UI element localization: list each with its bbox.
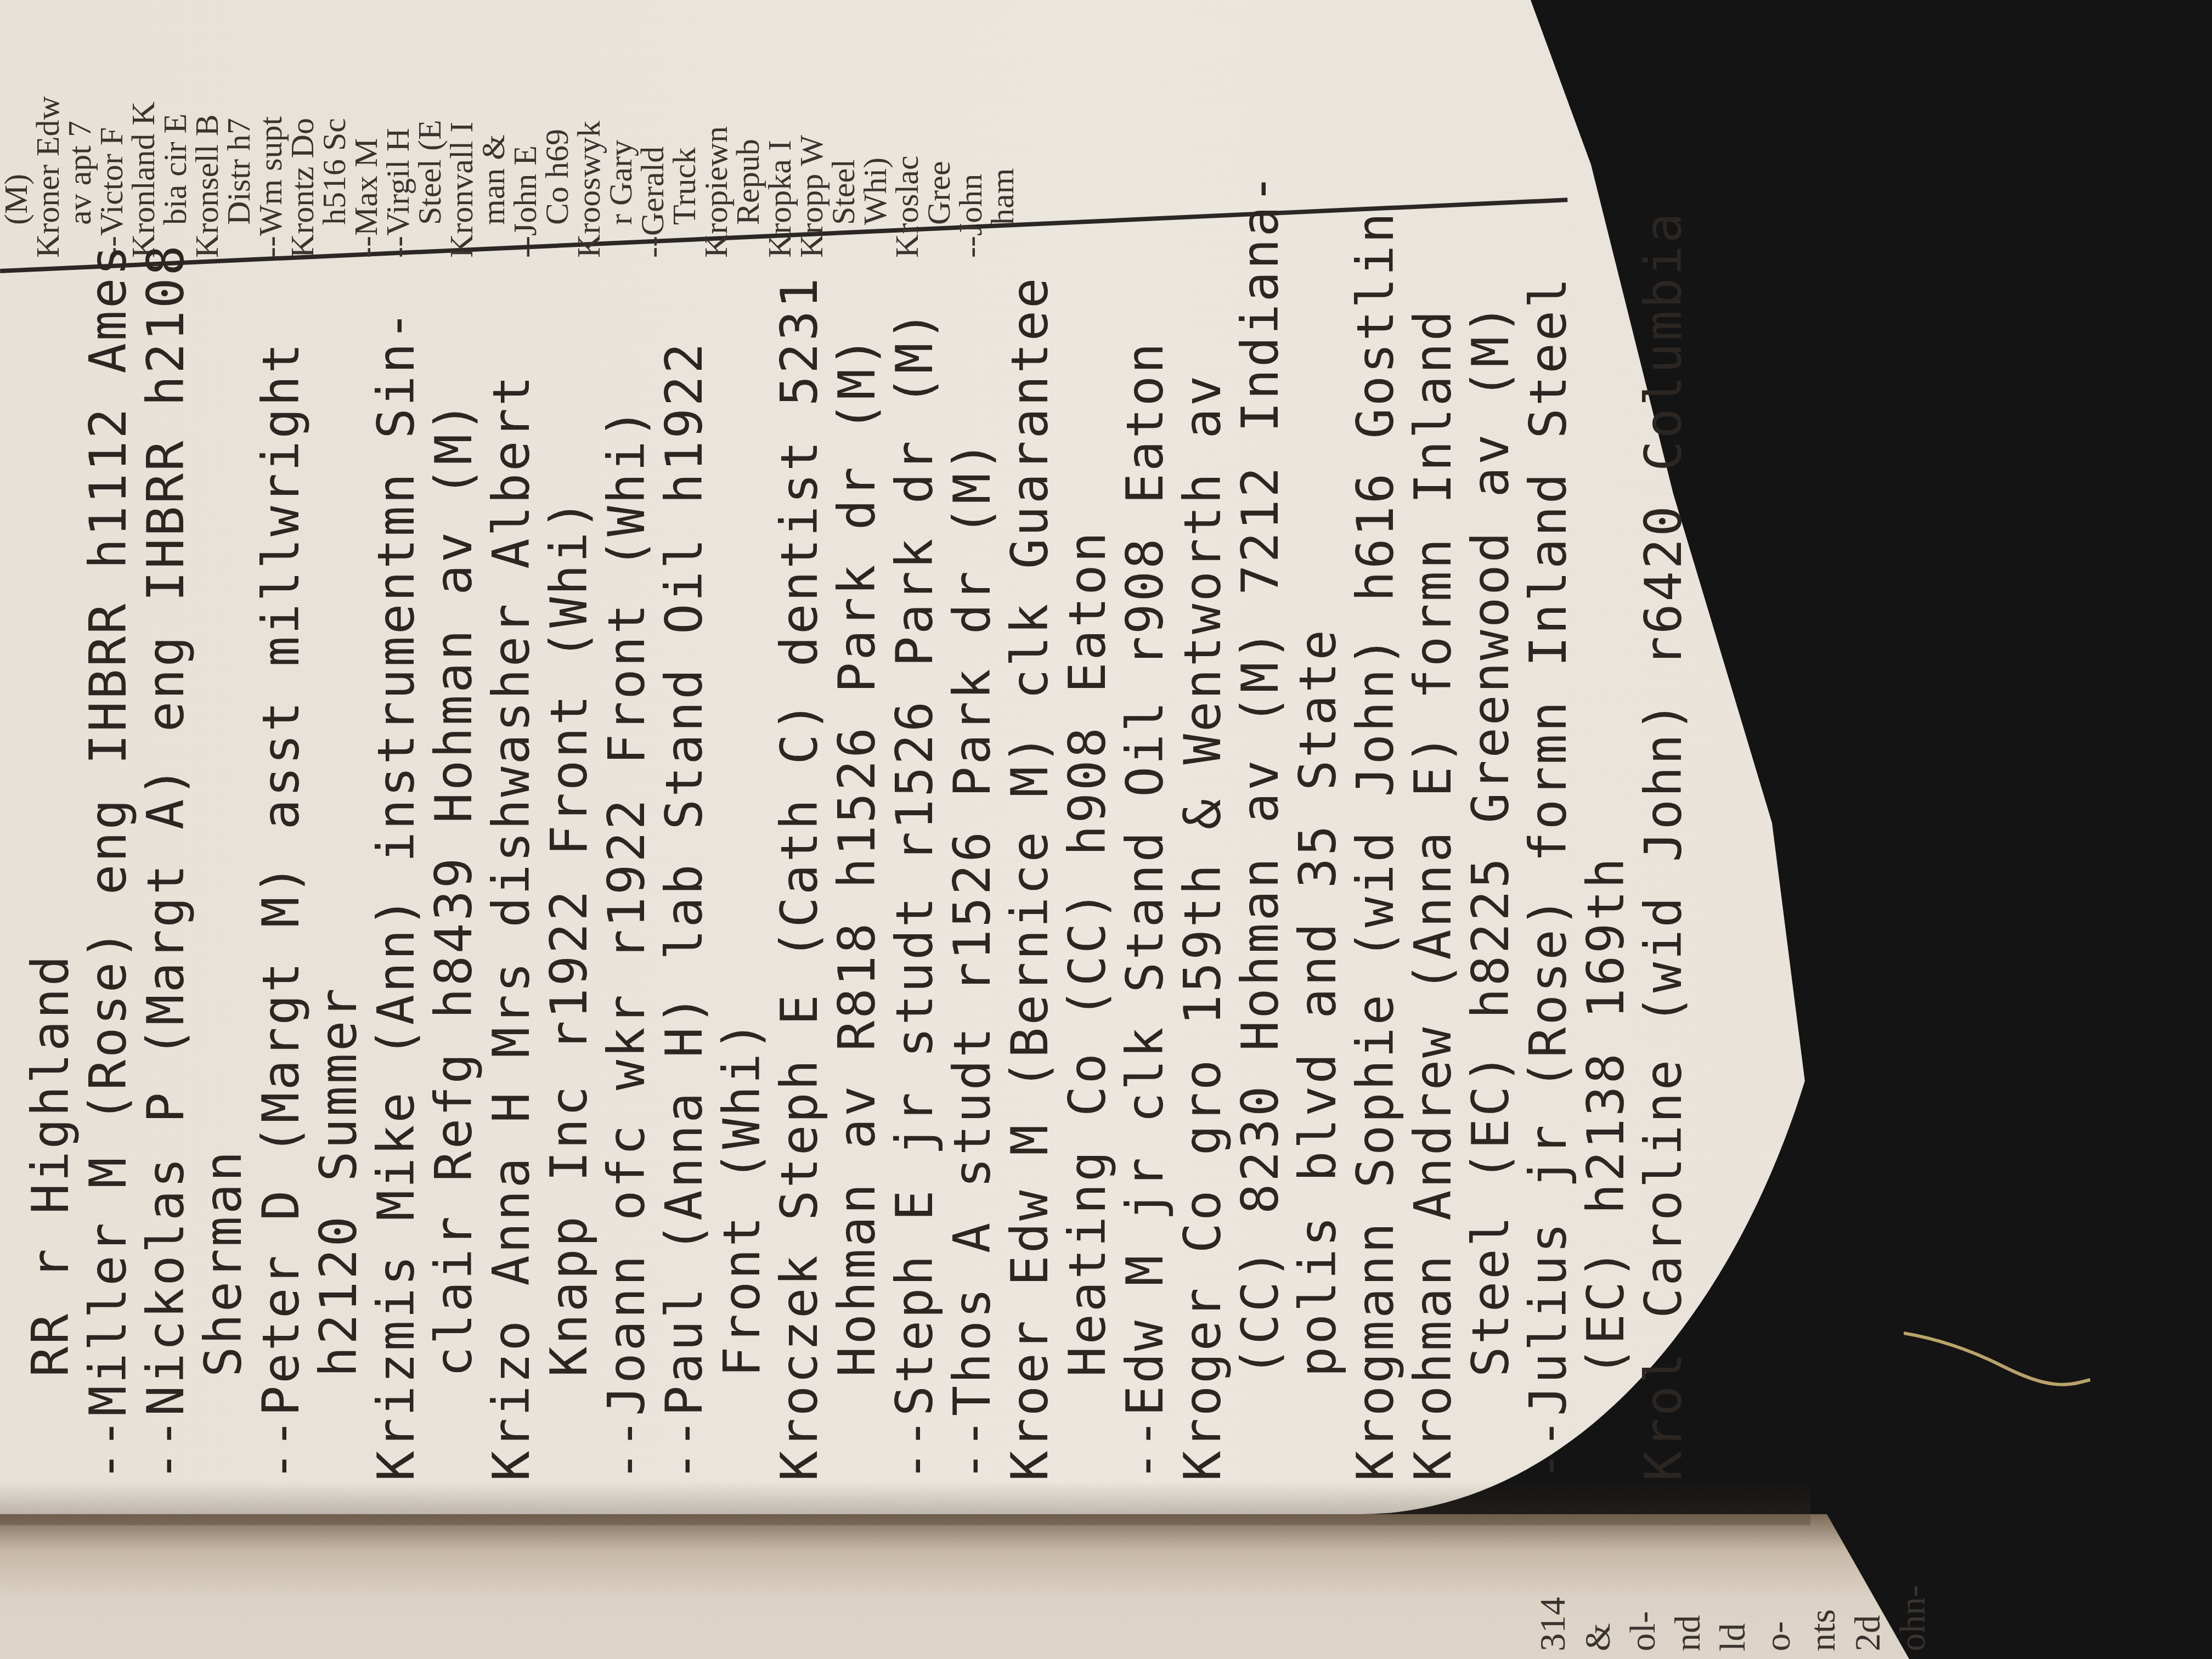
directory-entry-line: --Julius jr (Rose) formn Inland Steel [1520, 176, 1577, 1481]
directory-entry-line: Krizo Anna H Mrs dishwasher Albert [483, 176, 540, 1481]
directory-entry-line: h2120 Summer [310, 176, 368, 1481]
directory-entry-line: Krol Caroline (wid John) r6420 Columbia [1635, 176, 1692, 1481]
directory-entry-line: --Edw M jr clk Stand Oil r908 Eaton [1116, 176, 1174, 1481]
loose-thread-icon [1904, 1328, 2101, 1404]
facing-page-fragment: o- [1756, 1509, 1801, 1651]
directory-entry-line: polis blvd and 35 State [1289, 176, 1347, 1481]
facing-page-fragment: & [1576, 1509, 1621, 1651]
facing-page-fragment: ld [1711, 1509, 1756, 1651]
directory-entry-line: --Nickolas P (Margt A) eng IHBRR h2108 [137, 176, 195, 1481]
directory-entry-line: Kroer Edw M (Bernice M) clk Guarantee [1001, 176, 1059, 1481]
directory-entry-line: RR r Highland [22, 176, 80, 1481]
facing-page-fragments: 314&ol-ndldo-nts2dohn- [1531, 1509, 1936, 1651]
directory-entry-line: --Peter D (Margt M) asst millwright [252, 176, 310, 1481]
main-column: RR r Highland--Miller M (Rose) eng IHBRR… [22, 176, 1692, 1481]
directory-entry-line: --Paul (Anna H) lab Stand Oil h1922 [656, 176, 713, 1481]
directory-entry-line: Krohman Andrew (Anna E) formn Inland [1404, 176, 1462, 1481]
directory-entry-line: Hohman av R818 h1526 Park dr (M) [828, 176, 886, 1481]
directory-entry-line: Knapp Inc r1922 Front (Whi) [540, 176, 598, 1481]
directory-entry-line: Steel (EC) h8225 Greenwood av (M) [1462, 176, 1520, 1481]
directory-entry-line: Sherman [195, 176, 252, 1481]
directory-entry-line: --Thos A studt r1526 Park dr (M) [944, 176, 1001, 1481]
directory-entry-line: Krogmann Sophie (wid John) h616 Gostlin [1347, 176, 1404, 1481]
directory-entry-line: Krizmis Mike (Ann) instrumentmn Sin- [368, 176, 425, 1481]
facing-page-fragment: ol- [1621, 1509, 1666, 1651]
directory-entry-line: Kroczek Steph E (Cath C) dentist 5231 [771, 176, 828, 1481]
directory-entry-line: Kroger Co gro 159th & Wentworth av [1174, 176, 1232, 1481]
facing-page-fragment: 314 [1531, 1509, 1576, 1651]
directory-entry-line: (EC) h2138 169th [1577, 176, 1635, 1481]
directory-entry-line: --Joann ofc wkr r1922 Front (Whi) [598, 176, 656, 1481]
directory-entry-line: --Miller M (Rose) eng IHBRR h1112 Ames [80, 176, 137, 1481]
directory-entry-line: Front (Whi) [713, 176, 771, 1481]
directory-entry-line: clair Refg h8439 Hohman av (M) [425, 176, 483, 1481]
facing-page-fragment: nd [1666, 1509, 1711, 1651]
directory-entry-line: --Steph E jr studt r1526 Park dr (M) [886, 176, 944, 1481]
directory-entry-line: Heating Co (CC) h908 Eaton [1059, 176, 1116, 1481]
facing-page-fragment: ohn- [1891, 1509, 1936, 1651]
directory-entry-line: (CC) 8230 Hohman av (M) 7212 Indiana- [1232, 176, 1289, 1481]
facing-page-fragment: 2d [1846, 1509, 1891, 1651]
facing-page-fragment: nts [1801, 1509, 1846, 1651]
